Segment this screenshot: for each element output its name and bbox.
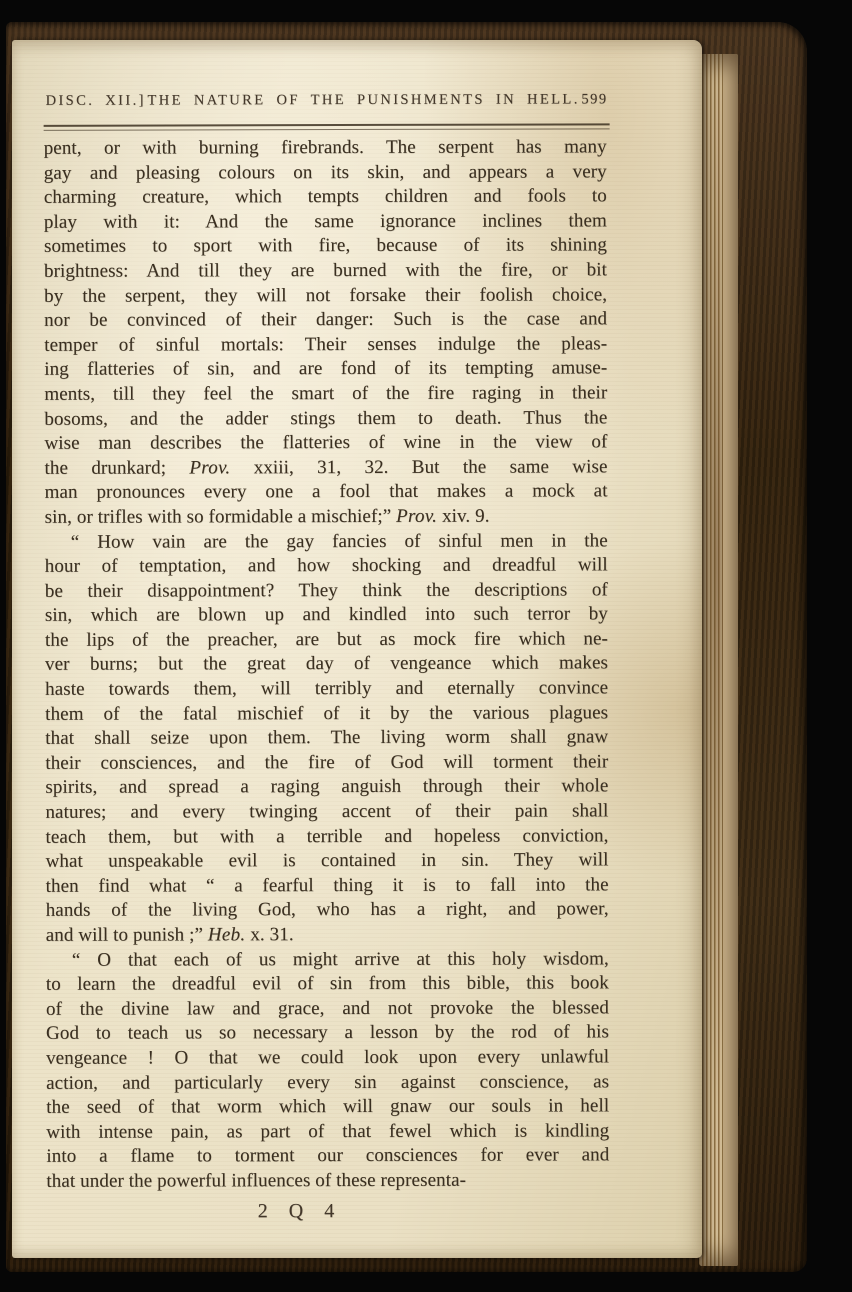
page-title: THE NATURE OF THE PUNISHMENTS IN HELL. [147, 91, 579, 109]
text-line: man pronounces every one a fool that mak… [45, 480, 608, 506]
text-line: haste towards them, will terribly and et… [45, 676, 608, 702]
text-line: that under the powerful influences of th… [46, 1168, 609, 1194]
text-line: and will to punish ;” Heb. x. 31. [46, 922, 609, 948]
text-line: play with it: And the same ignorance inc… [44, 209, 607, 235]
book-page: DISC. XII.] THE NATURE OF THE PUNISHMENT… [12, 40, 702, 1258]
running-head: DISC. XII.] THE NATURE OF THE PUNISHMENT… [46, 91, 608, 109]
text-line: into a flame to torment our consciences … [46, 1144, 609, 1170]
text-line: bosoms, and the adder stings them to dea… [44, 406, 607, 432]
text-line: brightness: And till they are burned wit… [44, 258, 607, 284]
header-section-label: DISC. XII.] [46, 93, 146, 110]
text-line: ments, till they feel the smart of the f… [44, 381, 607, 407]
gathering-signature: 2 Q 4 [46, 1199, 609, 1223]
text-line: by the serpent, they will not forsake th… [44, 283, 607, 309]
scan-background: DISC. XII.] THE NATURE OF THE PUNISHMENT… [0, 0, 852, 1292]
text-line: natures; and every twinging accent of th… [45, 799, 608, 825]
text-line: be their disappointment? They think the … [45, 578, 608, 604]
text-line: temper of sinful mortals: Their senses i… [44, 332, 607, 358]
text-line: sin, or trifles with so formidable a mis… [45, 504, 608, 530]
text-line: the drunkard; Prov. xxiii, 31, 32. But t… [44, 455, 607, 481]
text-line: ing flatteries of sin, and are fond of i… [44, 357, 607, 383]
text-line: sometimes to sport with fire, because of… [44, 234, 607, 260]
text-line: “ How vain are the gay fancies of sinful… [45, 529, 608, 555]
text-line: what unspeakable evil is contained in si… [46, 849, 609, 875]
text-line: the seed of that worm which will gnaw ou… [46, 1094, 609, 1120]
text-line: sin, which are blown up and kindled into… [45, 603, 608, 629]
header-double-rule [44, 123, 610, 130]
text-line: ver burns; but the great day of vengeanc… [45, 652, 608, 678]
text-line: action, and particularly every sin again… [46, 1070, 609, 1096]
text-line: wise man describes the flatteries of win… [44, 430, 607, 456]
text-line: gay and pleasing colours on its skin, an… [44, 160, 607, 186]
text-line: the lips of the preacher, are but as moc… [45, 627, 608, 653]
text-line: hour of temptation, and how shocking and… [45, 553, 608, 579]
text-line: of the divine law and grace, and not pro… [46, 996, 609, 1022]
text-line: nor be convinced of their danger: Such i… [44, 308, 607, 334]
text-line: “ O that each of us might arrive at this… [46, 947, 609, 973]
page-number: 599 [581, 91, 607, 108]
text-line: then find what “ a fearful thing it is t… [46, 873, 609, 899]
text-line: pent, or with burning firebrands. The se… [44, 135, 607, 161]
text-line: God to teach us so necessary a lesson by… [46, 1021, 609, 1047]
text-line: spirits, and spread a raging anguish thr… [45, 775, 608, 801]
text-line: that shall seize upon them. The living w… [45, 726, 608, 752]
text-line: charming creature, which tempts children… [44, 185, 607, 211]
text-line: with intense pain, as part of that fewel… [46, 1119, 609, 1145]
book-fore-edge-pages [699, 54, 738, 1266]
text-line: them of the fatal mischief of it by the … [45, 701, 608, 727]
text-block: pent, or with burning firebrands. The se… [44, 135, 610, 1194]
text-line: to learn the dreadful evil of sin from t… [46, 972, 609, 998]
text-line: teach them, but with a terrible and hope… [45, 824, 608, 850]
text-line: vengeance ! O that we could look upon ev… [46, 1045, 609, 1071]
text-line: hands of the living God, who has a right… [46, 898, 609, 924]
text-line: their consciences, and the fire of God w… [45, 750, 608, 776]
page-content: DISC. XII.] THE NATURE OF THE PUNISHMENT… [10, 39, 703, 1259]
